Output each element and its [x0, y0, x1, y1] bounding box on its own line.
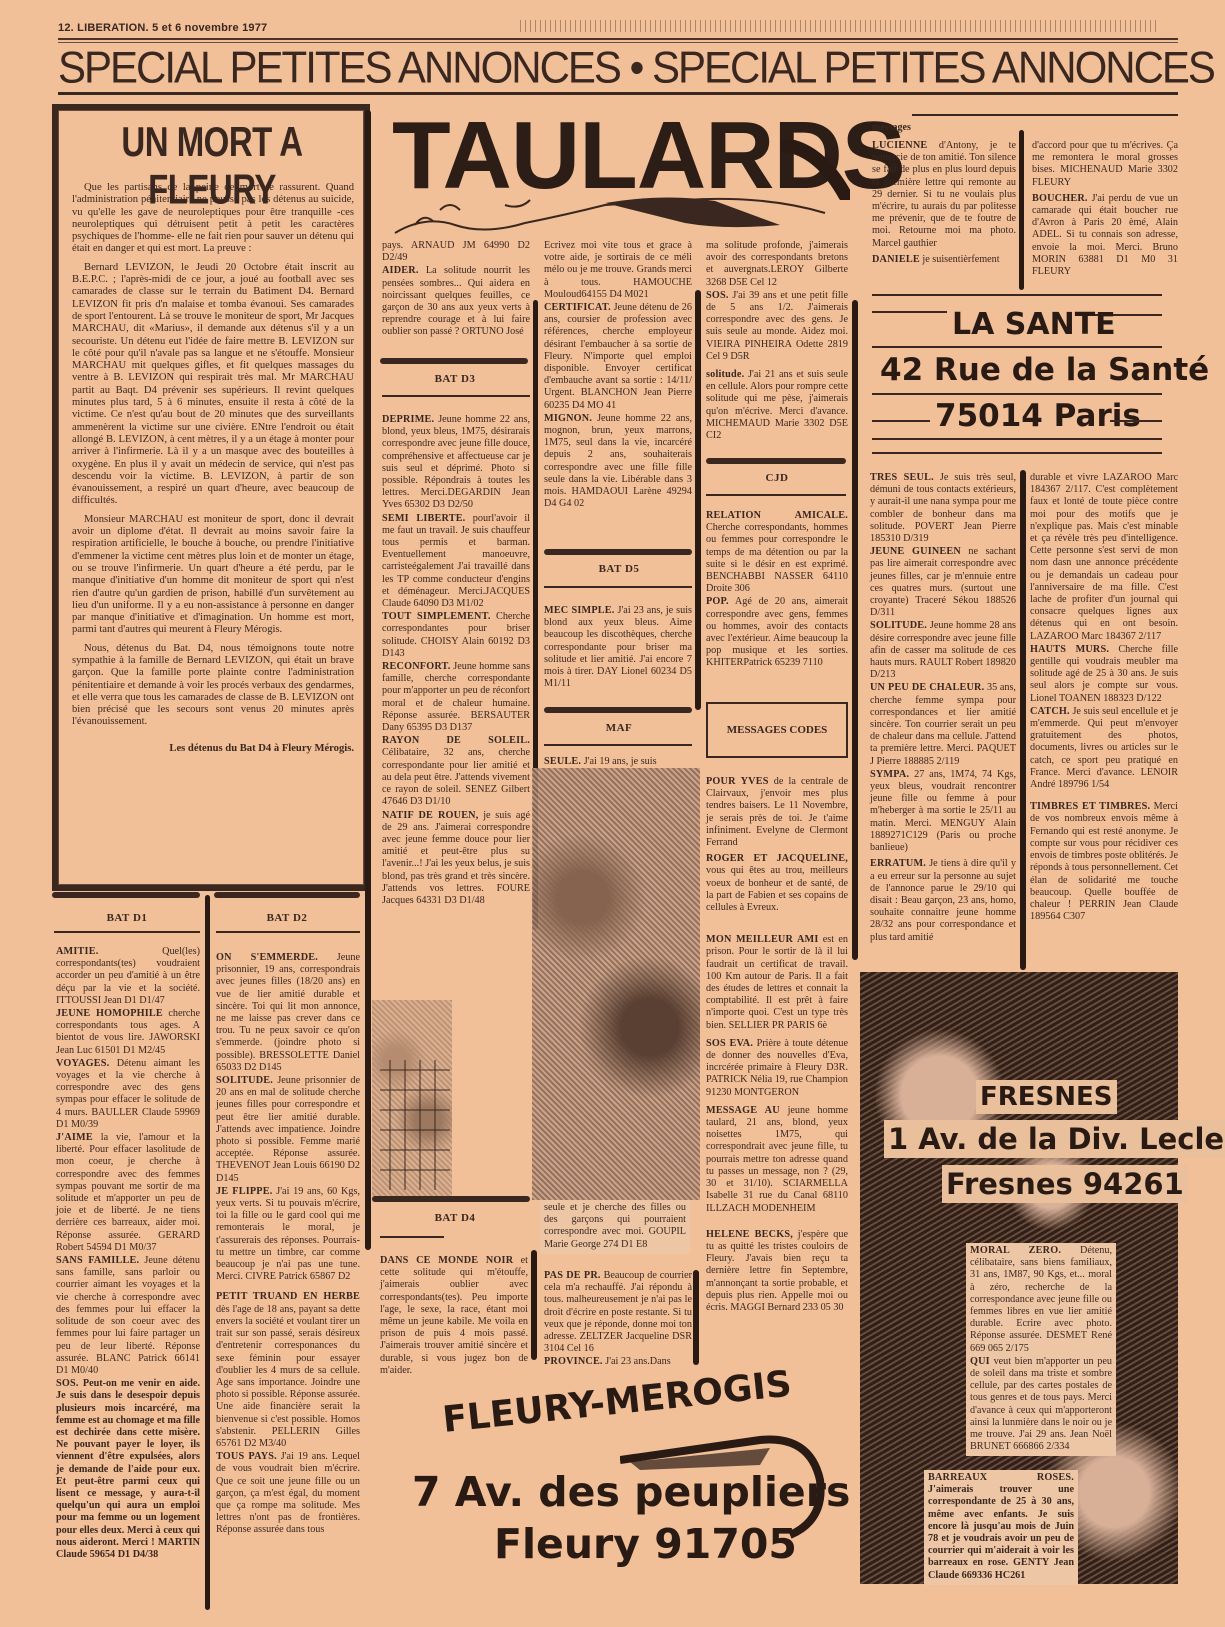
address-rule — [872, 452, 1162, 454]
classified-ad: AMITIE. Quel(les) correspondants(tes) vo… — [56, 946, 200, 1007]
ads-column-bat-d4: DANS CE MONDE NOIR et cette solitude qui… — [380, 1255, 528, 1378]
article-paragraph: Nous, détenus du Bat. D4, nous témoignon… — [72, 643, 354, 729]
ads-column-maf-bottom: PAS DE PR. Beaucoup de courrier cela m'a… — [544, 1270, 692, 1370]
ads-column-cjd: RELATION AMICALE. Cherche correspondants… — [706, 510, 848, 671]
la-sante-city: 75014 Paris — [935, 398, 1141, 434]
classified-ad: RELATION AMICALE. Cherche correspondants… — [706, 510, 848, 595]
ads-column-sante-left: TRES SEUL. Je suis très seul, démuni de … — [870, 472, 1016, 945]
classified-ad: Ecrivez moi vite tous et grace à votre a… — [544, 240, 692, 301]
section-rule — [380, 358, 528, 364]
ads-column-b-top: Ecrivez moi vite tous et grace à votre a… — [544, 240, 692, 511]
section-rule — [544, 707, 692, 713]
address-rule — [872, 420, 930, 422]
classified-ad: solitude. J'ai 21 ans et suis seule en c… — [706, 369, 848, 442]
classified-ad: SEMI LIBERTE. pourl'avoir il me faut un … — [382, 513, 530, 611]
classified-ad: TRES SEUL. Je suis très seul, démuni de … — [870, 472, 1016, 545]
classified-ad: JE FLIPPE. J'ai 19 ans, 60 Kgs, yeux ver… — [216, 1186, 360, 1284]
classified-ad: RECONFORT. Jeune homme sans famille, che… — [382, 661, 530, 734]
ads-column-messages-right: d'accord pour que tu m'écrives. Ça me re… — [1032, 140, 1178, 279]
article-paragraph: Que les partisans de la peine de mort se… — [72, 182, 354, 256]
section-heading-bat-d2: BAT D2 — [212, 912, 362, 924]
classified-ad: MEC SIMPLE. J'ai 23 ans, je suis blond a… — [544, 605, 692, 690]
classified-ad: DANIELE je suisentièrfement — [872, 254, 1016, 266]
address-rule — [872, 294, 1162, 296]
classified-ad: VOYAGES. Détenu aimant les voyages et la… — [56, 1058, 200, 1131]
section-rule — [380, 1236, 444, 1238]
article-paragraph: Monsieur MARCHAU est moniteur de sport, … — [72, 514, 354, 637]
classified-ad: MESSAGE AU jeune homme taulard, 21 ans, … — [706, 1105, 848, 1215]
classified-ad: CATCH. Je suis seul encellule et je m'em… — [1030, 706, 1178, 791]
classified-ad: DANS CE MONDE NOIR et cette solitude qui… — [380, 1255, 528, 1377]
classified-ad: POP. Agé de 20 ans, aimerait correspondr… — [706, 596, 848, 669]
classified-ad: HAUTS MURS. Cherche fille gentille qui v… — [1030, 644, 1178, 705]
ads-column-sante-right: durable et vivre LAZAROO Marc 184367 2/1… — [1030, 472, 1178, 924]
classified-ad: J'AIME la vie, l'amour et la liberté. Po… — [56, 1132, 200, 1254]
address-rule — [1110, 420, 1162, 422]
article-signature: Les détenus du Bat D4 à Fleury Mérogis. — [72, 743, 354, 755]
swoosh-decoration — [780, 140, 850, 200]
classified-ad: SOLITUDE. Jeune prisonnier de 20 ans en … — [216, 1075, 360, 1185]
classified-ad: seule et je cherche des filles ou des ga… — [540, 1200, 690, 1254]
section-rule — [544, 549, 692, 555]
ads-column-fresnes: MORAL ZERO. Détenu, célibataire, sans bi… — [966, 1243, 1116, 1456]
messages-label: messages — [872, 122, 911, 133]
classified-ad: QUI veut bien m'apporter un peu de solei… — [970, 1356, 1112, 1454]
column-rule — [1020, 470, 1026, 970]
section-heading-bat-d4: BAT D4 — [380, 1212, 530, 1224]
classified-ad: ERRATUM. Je tiens à dire qu'il y a eu er… — [870, 858, 1016, 943]
classified-ad: NATIF DE ROUEN, je suis agé de 29 ans. J… — [382, 810, 530, 908]
classified-ad: PETIT TRUAND EN HERBE dès l'age de 18 an… — [216, 1291, 360, 1450]
column-rule — [531, 1250, 537, 1360]
classified-ad: ON S'EMMERDE. Jeune prisonnier, 19 ans, … — [216, 952, 360, 1074]
classified-ad: MIGNON. Jeune homme 22 ans, mognon, brun… — [544, 413, 692, 511]
classified-ad: SYMPA. 27 ans, 1M74, 74 Kgs, yeux bleus,… — [870, 769, 1016, 854]
classified-ad: HELENE BECKS, j'espère que tu as quitté … — [706, 1229, 848, 1314]
section-heading-maf: MAF — [544, 722, 694, 734]
classified-ad: TOUT SIMPLEMENT. Cherche correspondantes… — [382, 611, 530, 660]
address-rule — [872, 346, 1162, 348]
fresnes-name: FRESNES — [976, 1080, 1117, 1114]
section-heading-bat-d5: BAT D5 — [544, 563, 694, 575]
section-heading-bat-d1: BAT D1 — [52, 912, 202, 924]
classified-ad: LUCIENNE d'Antony, je te remercie de ton… — [872, 140, 1016, 250]
ads-column-messages-left: LUCIENNE d'Antony, je te remercie de ton… — [872, 140, 1016, 267]
section-rule — [912, 114, 1178, 116]
address-rule — [872, 438, 1162, 440]
classified-ad: ROGER ET JACQUELINE, vous qui êtes au tr… — [706, 853, 848, 914]
messages-codes-box: MESSAGES CODES — [706, 702, 848, 758]
fresnes-city: Fresnes 94261 — [942, 1165, 1188, 1203]
classified-ad: AIDER. La solitude nourrit les pensées s… — [382, 265, 530, 338]
classified-ad: TIMBRES ET TIMBRES. Merci de vos nombreu… — [1030, 801, 1178, 923]
classified-ad: UN PEU DE CHALEUR. 35 ans, cherche femme… — [870, 682, 1016, 767]
classified-ad: RAYON DE SOLEIL. Célibataire, 32 ans, ch… — [382, 735, 530, 808]
classified-ad: POUR YVES de la centrale de Clairvaux, j… — [706, 776, 848, 849]
column-rule — [1019, 130, 1024, 290]
ads-column-bat-d2: ON S'EMMERDE. Jeune prisonnier, 19 ans, … — [216, 952, 360, 1538]
section-banner: SPECIAL PETITES ANNONCES • SPECIAL PETIT… — [58, 45, 1225, 91]
classified-ad: JEUNE HOMOPHILE cherche correspondants t… — [56, 1008, 200, 1057]
fleury-merogis-street: 7 Av. des peupliers — [412, 1468, 850, 1516]
column-rule — [695, 290, 701, 710]
ads-column-messages-codes: POUR YVES de la centrale de Clairvaux, j… — [706, 776, 848, 1315]
classified-ad: MON MEILLEUR AMI est en prison. Pour le … — [706, 934, 848, 1032]
classified-ad: DEPRIME. Jeune homme 22 ans, blond, yeux… — [382, 414, 530, 512]
header-rule — [58, 42, 1178, 43]
section-rule — [216, 931, 360, 933]
section-heading-cjd: CJD — [706, 472, 848, 484]
reclining-figure-illustration — [385, 195, 835, 240]
banner-rule — [58, 92, 1178, 95]
classified-ad: JEUNE GUINEEN ne sachant pas lire aimera… — [870, 546, 1016, 619]
woman-child-photo — [532, 768, 700, 1200]
la-sante-name: LA SANTE — [952, 307, 1116, 342]
section-heading-bat-d3: BAT D3 — [380, 373, 530, 385]
section-rule — [372, 1196, 530, 1202]
column-rule — [205, 895, 210, 1610]
classified-ad: d'accord pour que tu m'écrives. Ça me re… — [1032, 140, 1178, 189]
section-rule — [706, 458, 846, 464]
section-rule — [706, 494, 846, 496]
classified-ad: SOS EVA. Prière à toute détenue de donne… — [706, 1038, 848, 1099]
classified-ad: SOLITUDE. Jeune homme 28 ans désire corr… — [870, 620, 1016, 681]
classified-ad: SANS FAMILLE. Jeune détenu sans famille,… — [56, 1255, 200, 1377]
classified-ad: durable et vivre LAZAROO Marc 184367 2/1… — [1030, 472, 1178, 643]
address-rule — [872, 311, 947, 313]
la-sante-street: 42 Rue de la Santé — [880, 352, 1209, 388]
classified-ad: CERTIFICAT. Jeune détenu de 26 ans, cour… — [544, 302, 692, 412]
ads-column-c-top: ma solitude profonde, j'aimerais avoir d… — [706, 240, 848, 443]
column-rule — [852, 300, 858, 960]
section-rule — [214, 892, 360, 898]
column-rule — [693, 1270, 699, 1365]
classified-ad: PAS DE PR. Beaucoup de courrier cela m'a… — [544, 1270, 692, 1355]
ads-column-bat-d1: AMITIE. Quel(les) correspondants(tes) vo… — [56, 946, 200, 1562]
ads-column-bat-d3: DEPRIME. Jeune homme 22 ans, blond, yeux… — [382, 414, 530, 908]
ads-column-a-top: pays. ARNAUD JM 64990 D2 D2/49 AIDER. La… — [382, 240, 530, 340]
taulards-frame-left — [365, 110, 371, 1250]
classified-ad: SOS. J'ai 39 ans et une petit fille de 5… — [706, 290, 848, 363]
ads-column-bat-d5: MEC SIMPLE. J'ai 23 ans, je suis blond a… — [544, 605, 692, 691]
classified-ad: pays. ARNAUD JM 64990 D2 D2/49 — [382, 240, 530, 264]
classified-ad: SOS. Peut-on me venir en aide. Je suis d… — [56, 1378, 200, 1561]
classified-ad: TOUS PAYS. J'ai 19 ans. Lequel de vous v… — [216, 1451, 360, 1536]
classified-ad: PROVINCE. J'ai 23 ans.Dans — [544, 1356, 692, 1368]
fresnes-street: 1 Av. de la Div. Leclerc — [884, 1120, 1225, 1158]
classified-ad: MORAL ZERO. Détenu, célibataire, sans bi… — [970, 1245, 1112, 1355]
classified-ad: BOUCHER. J'ai perdu de vue un camarade q… — [1032, 193, 1178, 278]
classified-ad: ma solitude profonde, j'aimerais avoir d… — [706, 240, 848, 289]
header-rule — [58, 38, 1178, 40]
section-rule — [544, 586, 692, 588]
classified-ad: BARREAUX ROSES. J'aimerais trouver une c… — [924, 1470, 1078, 1585]
decorative-tick-strip — [520, 20, 1160, 32]
fleury-merogis-city: Fleury 91705 — [494, 1520, 797, 1568]
section-rule — [544, 744, 692, 746]
grid-sketch — [380, 1060, 450, 1190]
address-rule — [872, 393, 1162, 395]
article-paragraph: Bernard LEVIZON, le Jeudi 20 Octobre éta… — [72, 262, 354, 508]
section-rule — [54, 931, 200, 933]
article-body: Que les partisans de la peine de mort se… — [72, 182, 354, 756]
section-rule — [382, 395, 530, 397]
section-rule — [52, 892, 200, 898]
folio-line: 12. LIBERATION. 5 et 6 novembre 1977 — [58, 22, 267, 34]
